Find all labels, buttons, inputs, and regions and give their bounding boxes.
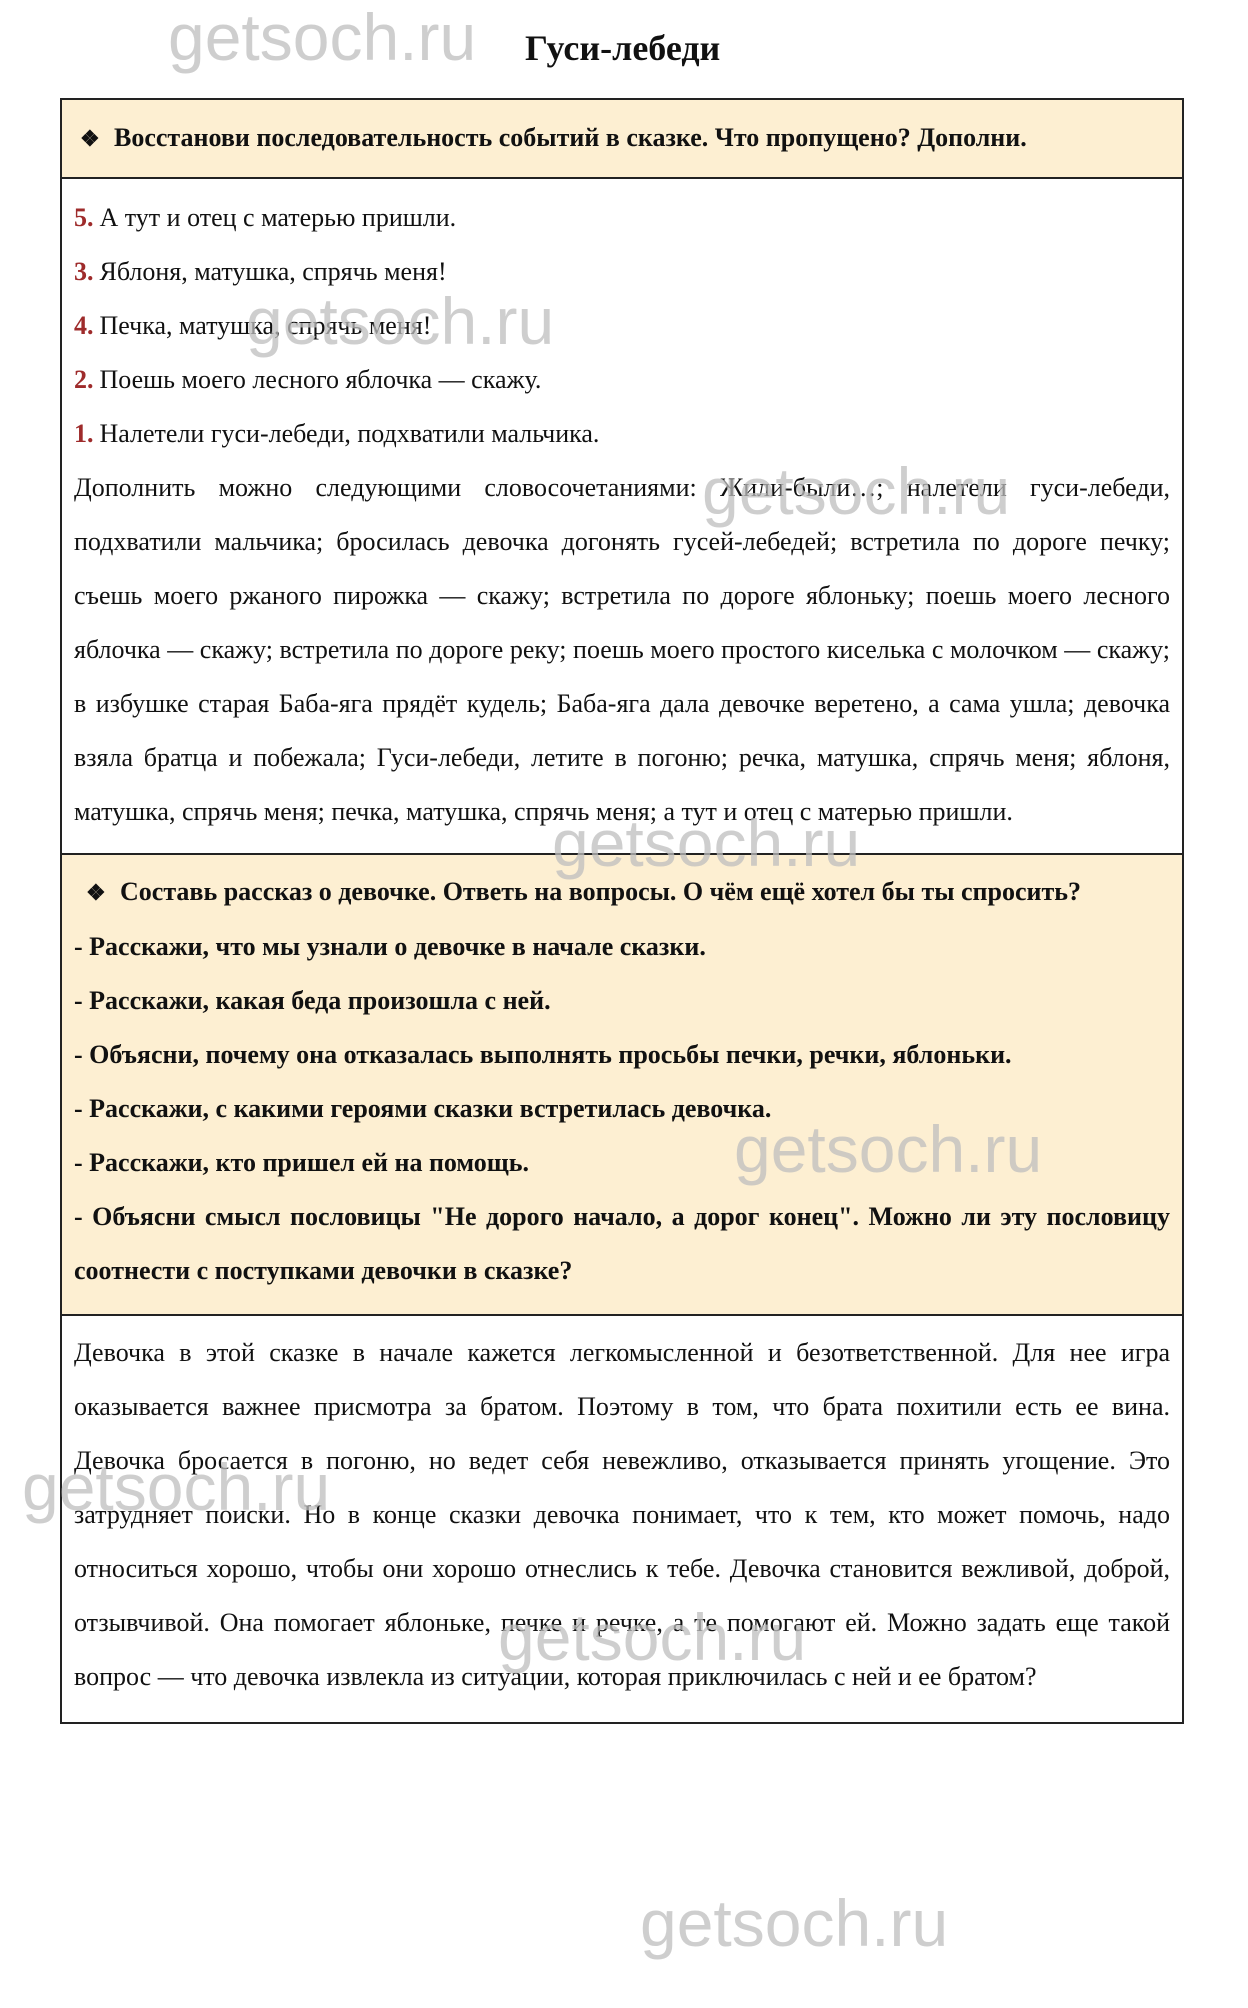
question-item: - Расскажи, какая беда произошла с ней. [74,974,1170,1028]
question-item: - Объясни, почему она отказалась выполня… [74,1028,1170,1082]
exercise-table: ❖Восстанови последовательность событий в… [60,98,1184,1724]
task2-cell: ❖Составь рассказ о девочке. Ответь на во… [62,853,1182,1314]
watermark: getsoch.ru [168,4,476,70]
question-item: - Расскажи, с какими героями сказки встр… [74,1082,1170,1136]
list-item: 3.Яблоня, матушка, спрячь меня! [74,245,1170,299]
diamond-bullet-icon: ❖ [80,119,114,159]
task1-answer-paragraph: Дополнить можно следующими словосочетани… [74,461,1170,839]
task2-answer-cell: Девочка в этой сказке в начале кажется л… [62,1314,1182,1722]
list-item: 4.Печка, матушка, спрячь меня! [74,299,1170,353]
list-item: 5.А тут и отец с матерью пришли. [74,191,1170,245]
question-item: - Объясни смысл пословицы "Не дорого нач… [74,1190,1170,1298]
task2-answer-paragraph: Девочка в этой сказке в начале кажется л… [74,1326,1170,1704]
task2-heading: ❖Составь рассказ о девочке. Ответь на во… [74,865,1170,920]
task1-heading-text: Восстанови последовательность событий в … [114,123,1027,152]
watermark: getsoch.ru [640,1890,948,1956]
task1-heading: ❖Восстанови последовательность событий в… [62,100,1182,177]
page-title: Гуси-лебеди [525,28,720,68]
diamond-bullet-icon: ❖ [86,866,120,920]
question-item: - Расскажи, что мы узнали о девочке в на… [74,920,1170,974]
question-item: - Расскажи, кто пришел ей на помощь. [74,1136,1170,1190]
task2-heading-text: Составь рассказ о девочке. Ответь на воп… [120,877,1081,906]
list-item: 2.Поешь моего лесного яблочка — скажу. [74,353,1170,407]
list-item: 1.Налетели гуси-лебеди, подхватили мальч… [74,407,1170,461]
task1-answer-cell: 5.А тут и отец с матерью пришли. 3.Яблон… [62,177,1182,853]
